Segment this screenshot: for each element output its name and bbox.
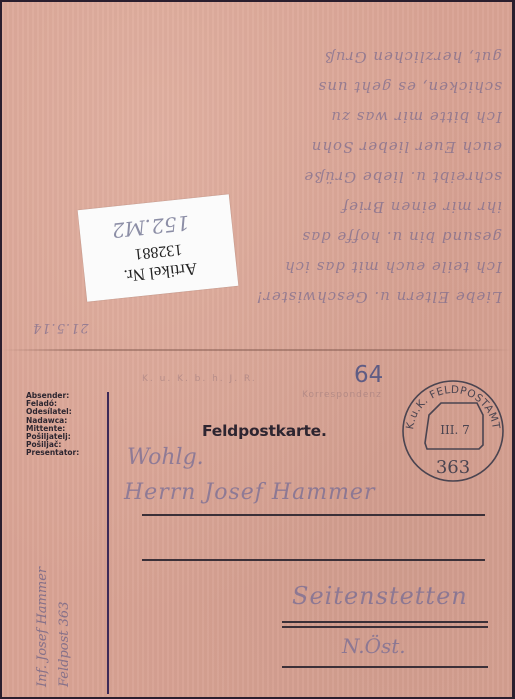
card-title: Feldpostkarte.: [202, 422, 327, 440]
recipient-town: Seitenstetten: [292, 582, 468, 610]
message-date: 21.5.14: [32, 312, 502, 342]
recipient-name: Herrn Josef Hammer: [124, 480, 375, 505]
vertical-divider: [107, 392, 109, 694]
article-sticker: Artikel Nr. 132881 152.M2: [78, 194, 239, 301]
message-line: euch Euer lieber Sohn: [32, 132, 502, 162]
message-line: Ich bitte mir was zu: [32, 102, 502, 132]
address-rule: [142, 559, 485, 561]
faint-print: K. u. K. b. h. J. R.: [142, 374, 257, 384]
postmark-date: III. 7: [440, 423, 469, 437]
address-rule: [282, 666, 488, 668]
message-line: schreibt u. liebe Grüße: [32, 162, 502, 192]
sender-handwriting: Inf. Josef Hammer Feldpost 363: [32, 467, 76, 687]
sender-line: Feldpost 363: [54, 467, 76, 687]
address-rule: [282, 621, 488, 623]
sender-labels: Absender: Feladó: Odesílatel: Nadawca: M…: [26, 392, 79, 458]
address-rule: [282, 626, 488, 628]
postmark-stamp: K.u.K. FELDPOSTAMT III. 7 363: [399, 377, 507, 485]
sender-label: Presentator:: [26, 449, 79, 457]
postcard: 21.5.14 Liebe Eltern u. Geschwister! Ich…: [2, 2, 512, 697]
recipient-region: N.Öst.: [342, 634, 406, 658]
faint-print: Korrespondenz: [302, 390, 382, 400]
address-rule: [142, 514, 485, 516]
recipient-salutation: Wohlg.: [127, 445, 204, 470]
fold-line: [2, 349, 512, 351]
message-line: gut, herzlichen Gruß: [32, 42, 502, 72]
pencil-number: 64: [354, 362, 383, 388]
postmark-number: 363: [436, 457, 470, 478]
sender-line: Inf. Josef Hammer: [32, 467, 54, 687]
message-line: schicken, es geht uns: [32, 72, 502, 102]
